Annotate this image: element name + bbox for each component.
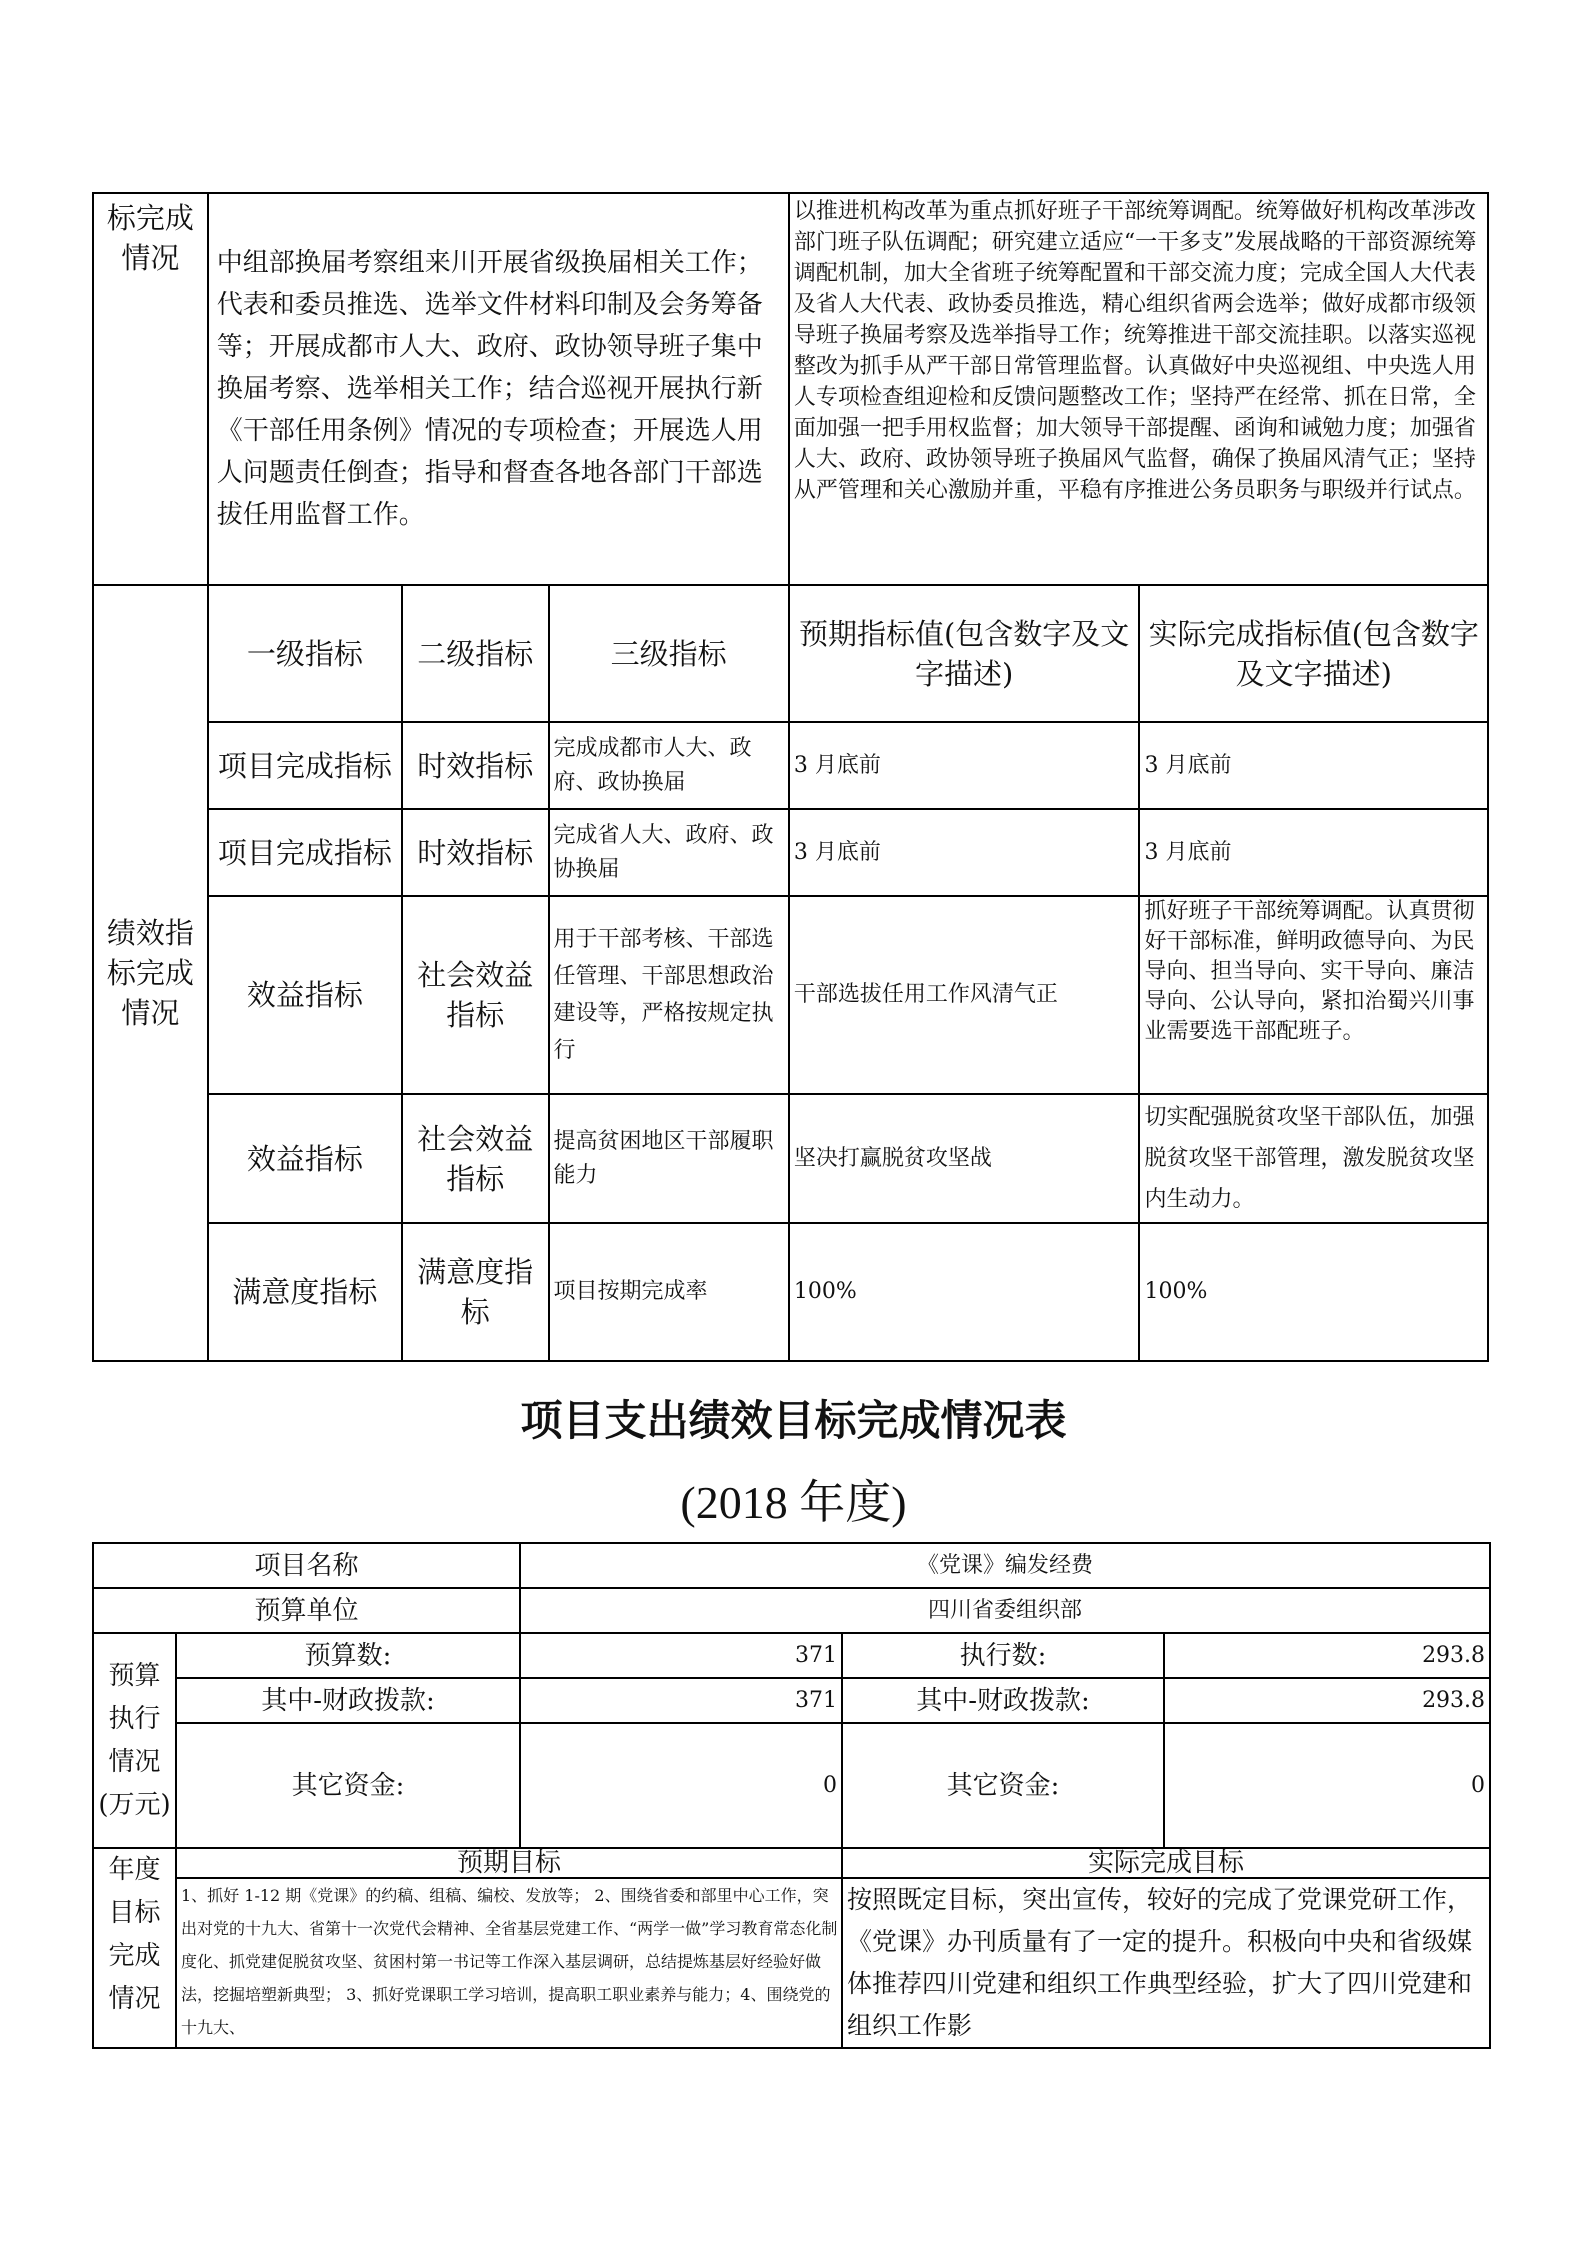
document-subtitle-year: (2018 年度) — [0, 1466, 1587, 1532]
expected-goal-header: 预期目标 — [176, 1848, 842, 1878]
cell-level3: 用于干部考核、干部选任管理、干部思想政治建设等，严格按规定执行 — [549, 896, 789, 1094]
cell-actual: 100% — [1139, 1223, 1488, 1361]
cell-expected: 3 月底前 — [789, 722, 1140, 809]
cell-level2: 社会效益指标 — [402, 1094, 548, 1223]
cell-level1: 项目完成指标 — [208, 722, 402, 809]
budget-unit-label: 预算单位 — [93, 1588, 520, 1633]
annual-goal-section-label: 年度目标完成情况 — [93, 1848, 176, 2048]
header-expected-value: 预期指标值(包含数字及文字描述) — [789, 585, 1140, 722]
cell-actual: 抓好班子干部统筹调配。认真贯彻好干部标准，鲜明政德导向、为民导向、担当导向、实干… — [1139, 896, 1488, 1094]
budget-exec-section-label: 预算执行情况(万元) — [93, 1633, 176, 1848]
header-level2: 二级指标 — [402, 585, 548, 722]
fiscal-allocation-budget-label: 其中-财政拨款: — [176, 1678, 520, 1723]
other-funds-executed-label: 其它资金: — [842, 1723, 1164, 1848]
budget-amount-value: 371 — [520, 1633, 842, 1678]
cell-level2: 满意度指标 — [402, 1223, 548, 1361]
cell-level1: 效益指标 — [208, 896, 402, 1094]
section-label-performance-indicators: 绩效指标完成情况 — [93, 585, 208, 1361]
header-level3: 三级指标 — [549, 585, 789, 722]
budget-unit-value: 四川省委组织部 — [520, 1588, 1490, 1633]
actual-goal-text: 按照既定目标，突出宣传，较好的完成了党课党研工作，《党课》办刊质量有了一定的提升… — [842, 1878, 1490, 2048]
actual-goal-header: 实际完成目标 — [842, 1848, 1490, 1878]
document-title: 项目支出绩效目标完成情况表 — [0, 1388, 1587, 1448]
document-page: 标完成 情况 中组部换届考察组来川开展省级换届相关工作；代表和委员推选、选举文件… — [0, 0, 1587, 2245]
project-name-label: 项目名称 — [93, 1543, 520, 1588]
cell-level3: 提高贫困地区干部履职能力 — [549, 1094, 789, 1223]
table-row: 项目完成指标 时效指标 完成成都市人大、政府、政协换届 3 月底前 3 月底前 — [93, 722, 1488, 809]
cell-actual: 3 月底前 — [1139, 722, 1488, 809]
fiscal-allocation-executed-value: 293.8 — [1164, 1678, 1490, 1723]
budget-amount-label: 预算数: — [176, 1633, 520, 1678]
table-row: 满意度指标 满意度指标 项目按期完成率 100% 100% — [93, 1223, 1488, 1361]
executed-amount-label: 执行数: — [842, 1633, 1164, 1678]
cell-expected: 干部选拔任用工作风清气正 — [789, 896, 1140, 1094]
header-actual-value: 实际完成指标值(包含数字及文字描述) — [1139, 585, 1488, 722]
cell-expected: 100% — [789, 1223, 1140, 1361]
cell-actual: 3 月底前 — [1139, 809, 1488, 896]
cell-level2: 时效指标 — [402, 722, 548, 809]
header-level1: 一级指标 — [208, 585, 402, 722]
other-funds-budget-value: 0 — [520, 1723, 842, 1848]
cell-level3: 完成省人大、政府、政协换届 — [549, 809, 789, 896]
project-name-value: 《党课》编发经费 — [520, 1543, 1490, 1588]
project-expense-table: 项目名称 《党课》编发经费 预算单位 四川省委组织部 预算执行情况(万元) 预算… — [92, 1542, 1491, 2049]
expected-goal-text: 1、抓好 1-12 期《党课》的约稿、组稿、编校、发放等； 2、围绕省委和部里中… — [176, 1878, 842, 2048]
cell-level1: 满意度指标 — [208, 1223, 402, 1361]
annual-goal-content-right: 以推进机构改革为重点抓好班子干部统筹调配。统筹做好机构改革涉改部门班子队伍调配；… — [789, 193, 1488, 585]
annual-goal-content-left: 中组部换届考察组来川开展省级换届相关工作；代表和委员推选、选举文件材料印制及会务… — [208, 193, 789, 585]
cell-level1: 效益指标 — [208, 1094, 402, 1223]
cell-expected: 3 月底前 — [789, 809, 1140, 896]
fiscal-allocation-executed-label: 其中-财政拨款: — [842, 1678, 1164, 1723]
cell-level2: 社会效益指标 — [402, 896, 548, 1094]
table-row: 效益指标 社会效益指标 提高贫困地区干部履职能力 坚决打赢脱贫攻坚战 切实配强脱… — [93, 1094, 1488, 1223]
cell-level2: 时效指标 — [402, 809, 548, 896]
performance-table: 标完成 情况 中组部换届考察组来川开展省级换届相关工作；代表和委员推选、选举文件… — [92, 192, 1489, 1362]
other-funds-executed-value: 0 — [1164, 1723, 1490, 1848]
table-row: 效益指标 社会效益指标 用于干部考核、干部选任管理、干部思想政治建设等，严格按规… — [93, 896, 1488, 1094]
cell-level1: 项目完成指标 — [208, 809, 402, 896]
cell-level3: 完成成都市人大、政府、政协换届 — [549, 722, 789, 809]
executed-amount-value: 293.8 — [1164, 1633, 1490, 1678]
cell-expected: 坚决打赢脱贫攻坚战 — [789, 1094, 1140, 1223]
cell-level3: 项目按期完成率 — [549, 1223, 789, 1361]
fiscal-allocation-budget-value: 371 — [520, 1678, 842, 1723]
section-label-goal-completion: 标完成 情况 — [93, 193, 208, 585]
other-funds-budget-label: 其它资金: — [176, 1723, 520, 1848]
table-row: 项目完成指标 时效指标 完成省人大、政府、政协换届 3 月底前 3 月底前 — [93, 809, 1488, 896]
cell-actual: 切实配强脱贫攻坚干部队伍，加强脱贫攻坚干部管理，激发脱贫攻坚内生动力。 — [1139, 1094, 1488, 1223]
